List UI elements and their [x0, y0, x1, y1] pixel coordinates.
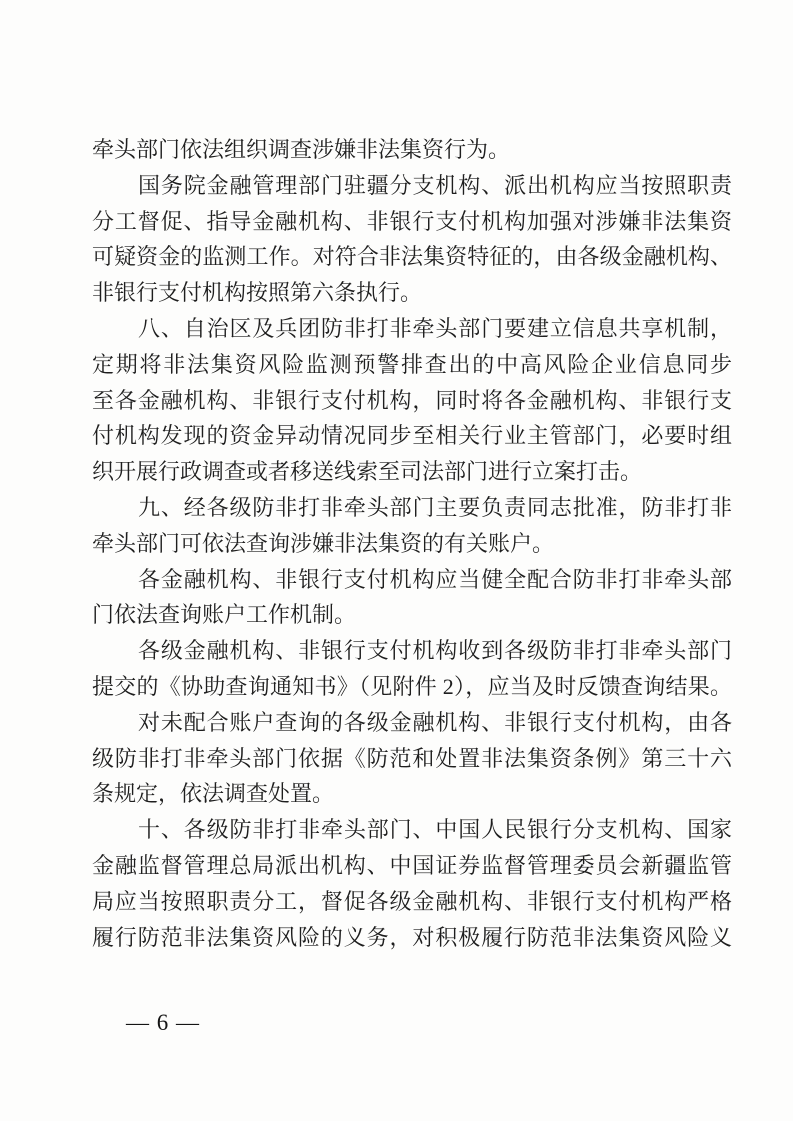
- paragraph: 十、各级防非打非牵头部门、中国人民银行分支机构、国家金融监督管理总局派出机构、中…: [92, 812, 732, 955]
- text-line: 各金融机构、非银行支付机构应当健全配合防非打非牵头部: [92, 562, 732, 598]
- text-line: 金融监督管理总局派出机构、中国证券监督管理委员会新疆监管: [92, 848, 732, 884]
- text-line: 履行防范非法集资风险的义务，对积极履行防范非法集资风险义: [92, 920, 732, 956]
- paragraph: 牵头部门依法组织调查涉嫌非法集资行为。: [92, 132, 732, 168]
- text-line: 牵头部门依法组织调查涉嫌非法集资行为。: [92, 132, 732, 168]
- paragraph: 八、自治区及兵团防非打非牵头部门要建立信息共享机制，定期将非法集资风险监测预警排…: [92, 311, 732, 490]
- text-line: 局应当按照职责分工，督促各级金融机构、非银行支付机构严格: [92, 884, 732, 920]
- paragraph: 对未配合账户查询的各级金融机构、非银行支付机构，由各级防非打非牵头部门依据《防范…: [92, 705, 732, 812]
- text-line: 付机构发现的资金异动情况同步至相关行业主管部门，必要时组: [92, 418, 732, 454]
- text-line: 提交的《协助查询通知书》（见附件 2），应当及时反馈查询结果。: [92, 669, 732, 705]
- paragraph: 各级金融机构、非银行支付机构收到各级防非打非牵头部门提交的《协助查询通知书》（见…: [92, 633, 732, 705]
- text-line: 可疑资金的监测工作。对符合非法集资特征的，由各级金融机构、: [92, 239, 732, 275]
- page-number: — 6 —: [126, 1008, 200, 1038]
- text-line: 对未配合账户查询的各级金融机构、非银行支付机构，由各: [92, 705, 732, 741]
- text-line: 国务院金融管理部门驻疆分支机构、派出机构应当按照职责: [92, 168, 732, 204]
- text-line: 分工督促、指导金融机构、非银行支付机构加强对涉嫌非法集资: [92, 204, 732, 240]
- paragraph: 各金融机构、非银行支付机构应当健全配合防非打非牵头部门依法查询账户工作机制。: [92, 562, 732, 634]
- document-body: 牵头部门依法组织调查涉嫌非法集资行为。国务院金融管理部门驻疆分支机构、派出机构应…: [92, 132, 732, 955]
- text-line: 织开展行政调查或者移送线索至司法部门进行立案打击。: [92, 454, 732, 490]
- text-line: 非银行支付机构按照第六条执行。: [92, 275, 732, 311]
- text-line: 九、经各级防非打非牵头部门主要负责同志批准，防非打非: [92, 490, 732, 526]
- text-line: 各级金融机构、非银行支付机构收到各级防非打非牵头部门: [92, 633, 732, 669]
- paragraph: 国务院金融管理部门驻疆分支机构、派出机构应当按照职责分工督促、指导金融机构、非银…: [92, 168, 732, 311]
- document-page: 牵头部门依法组织调查涉嫌非法集资行为。国务院金融管理部门驻疆分支机构、派出机构应…: [0, 0, 793, 1121]
- text-line: 级防非打非牵头部门依据《防范和处置非法集资条例》第三十六: [92, 741, 732, 777]
- text-line: 条规定，依法调查处置。: [92, 776, 732, 812]
- text-line: 至各金融机构、非银行支付机构，同时将各金融机构、非银行支: [92, 383, 732, 419]
- text-line: 八、自治区及兵团防非打非牵头部门要建立信息共享机制，: [92, 311, 732, 347]
- text-line: 十、各级防非打非牵头部门、中国人民银行分支机构、国家: [92, 812, 732, 848]
- text-line: 门依法查询账户工作机制。: [92, 597, 732, 633]
- text-line: 牵头部门可依法查询涉嫌非法集资的有关账户。: [92, 526, 732, 562]
- paragraph: 九、经各级防非打非牵头部门主要负责同志批准，防非打非牵头部门可依法查询涉嫌非法集…: [92, 490, 732, 562]
- text-line: 定期将非法集资风险监测预警排查出的中高风险企业信息同步: [92, 347, 732, 383]
